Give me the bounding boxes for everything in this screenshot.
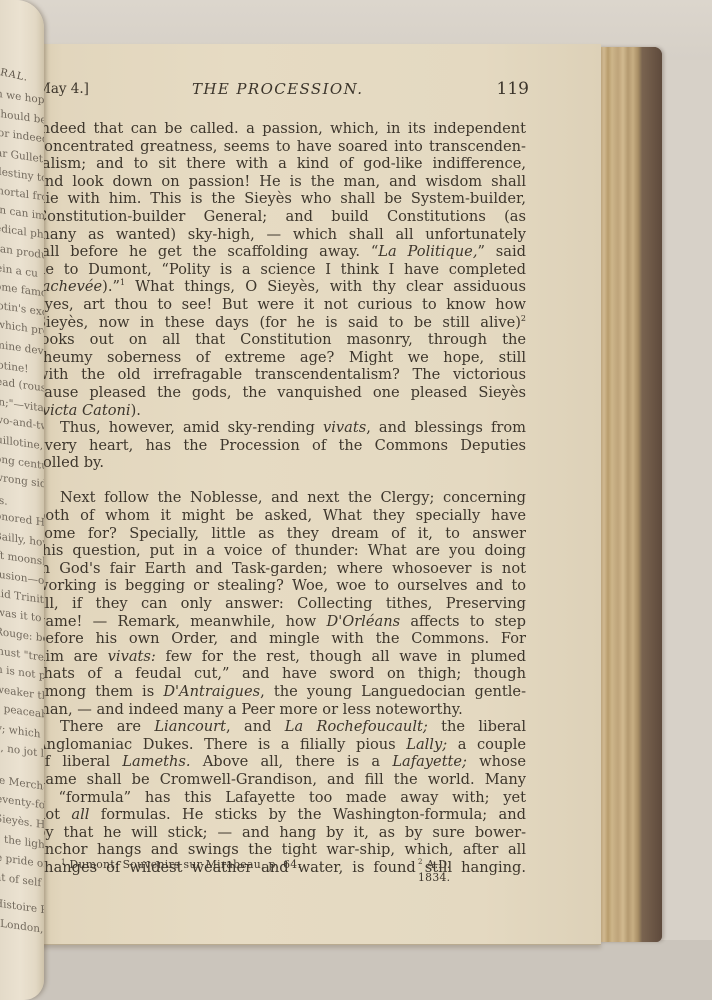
text-segment: a couple (447, 736, 526, 753)
previous-page-header-fragment: RAL. (0, 67, 29, 84)
text-segment: fall before he get the scaffolding away.… (36, 243, 378, 260)
previous-page-line-fragment: edical phe (0, 223, 44, 243)
text-segment: by that he will stick; — and hang by it,… (36, 824, 526, 841)
previous-page-line-fragment: in can im (0, 204, 44, 223)
text-segment: before his own Order, and mingle with th… (36, 630, 526, 647)
text-segment: What things, O Sieyès, with thy clear as… (125, 278, 526, 295)
previous-page-line-fragment: lotin's exc (0, 299, 44, 319)
previous-page-line-fragment: n is not peac (0, 663, 44, 685)
text-segment: talism; and to sit there with a kind of … (36, 155, 526, 172)
previous-page-line-fragment: lotine! (0, 358, 28, 375)
previous-page-line-fragment: onored His (0, 510, 44, 530)
footnote-text: A.D. 1834. (418, 858, 451, 884)
text-segment: cause pleased the gods, the vanquished o… (36, 384, 526, 401)
text-line: (victa Catoni). (36, 402, 526, 420)
previous-page-line-fragment: in;"—vita (0, 396, 44, 415)
text-line: concentrated greatness, seems to have so… (36, 138, 526, 156)
text-line: eyes, art thou to see! But were it not c… (36, 296, 526, 314)
text-segment: , the young Languedocian gentle- (260, 683, 526, 700)
text-line: by that he will stick; — and hang by it,… (36, 824, 526, 842)
text-segment: Constitution-builder General; and build … (36, 208, 526, 225)
text-segment: all, if they can only answer: Collecting… (36, 595, 526, 612)
text-segment: ” said (477, 243, 526, 260)
text-line: die with him. This is the Sieyès who sha… (36, 190, 526, 208)
text-segment: man, — and indeed many a Peer more or le… (36, 701, 463, 718)
text-segment: many as wanted) sky-high, — which shall … (36, 226, 526, 243)
previous-page-line-fragment: eventy-four (0, 793, 44, 814)
text-segment: Sieyès, now in these days (for he is sai… (36, 314, 521, 331)
text-line: among them is D'Antraigues, the young La… (36, 683, 526, 701)
paragraph-gap (36, 472, 526, 490)
previous-page-line-fragment: uillotine, se (0, 433, 44, 454)
text-line: with the old irrefragable transcendental… (36, 366, 526, 384)
italic-text: Lafayette; (392, 753, 467, 770)
book-fore-edge (598, 47, 662, 942)
footnote-reference: 2 (521, 314, 526, 323)
text-segment: with the old irrefragable transcendental… (36, 366, 526, 383)
previous-page-line-fragment: Rouge: best (0, 625, 44, 646)
previous-page-line-fragment: e pride of (0, 851, 44, 870)
header-date: May 4.] (37, 81, 89, 97)
text-segment: of liberal (36, 753, 122, 770)
previous-page-line-fragment: weaker th (0, 683, 44, 703)
text-segment: anchor hangs and swings the tight war-sh… (36, 841, 526, 858)
text-segment: come for? Specially, little as they drea… (36, 525, 526, 542)
text-segment: “hats of a feudal cut,” and have sword o… (36, 665, 526, 682)
text-segment: ). (131, 402, 141, 419)
italic-text: D'Orléans (327, 613, 401, 630)
text-line: Sieyès, now in these days (for he is sai… (36, 314, 526, 332)
text-segment: few for the rest, though all wave in plu… (156, 648, 526, 665)
text-segment: ).” (102, 278, 120, 295)
text-line: every heart, has the Procession of the C… (36, 437, 526, 455)
previous-page-line-fragment: should be (0, 108, 44, 127)
italic-text: D'Antraigues (163, 683, 260, 700)
previous-page-line-fragment: re Merchan (0, 774, 44, 795)
italic-text: Lameths. (122, 753, 190, 770)
text-line: Thus, however, amid sky-rending vivats, … (36, 419, 526, 437)
text-line: in God's fair Earth and Task-garden; whe… (36, 560, 526, 578)
previous-page-line-fragment: Histoire Parlem (0, 897, 44, 921)
italic-text: achevée (42, 278, 102, 295)
text-segment: working is begging or stealing? Woe, woe… (36, 577, 526, 594)
text-line: of liberal Lameths. Above all, there is … (36, 753, 526, 771)
page-number: 119 (497, 79, 529, 99)
text-segment: every heart, has the Procession of the C… (36, 437, 526, 454)
footnote-2: 2 A.D. 1834. (418, 858, 481, 884)
text-line: all, if they can only answer: Collecting… (36, 595, 526, 613)
previous-page-line-fragment: destiny to (0, 165, 44, 184)
text-segment: name shall be Cromwell-Grandison, and fi… (36, 771, 526, 788)
chapter-title: THE PROCESSION. (192, 80, 363, 98)
text-segment: looks out on all that Constitution mason… (36, 331, 526, 348)
previous-page-line-fragment: ein a cu (0, 262, 38, 280)
text-line: Constitution-builder General; and build … (36, 208, 526, 226)
text-line: talism; and to sit there with a kind of … (36, 155, 526, 173)
text-segment: and look down on passion! He is the man,… (36, 173, 526, 190)
text-line: and look down on passion! He is the man,… (36, 173, 526, 191)
text-segment: among them is (36, 683, 163, 700)
running-header: May 4.] THE PROCESSION. 119 (37, 80, 529, 102)
text-line: not all formulas. He sticks by the Washi… (36, 806, 526, 824)
text-line: looks out on all that Constitution mason… (36, 331, 526, 349)
previous-page-line-fragment: ft moonshi (0, 549, 44, 569)
text-line: come for? Specially, little as they drea… (36, 525, 526, 543)
text-segment: Thus, however, amid sky-rending (60, 419, 323, 436)
text-line: (achevée).”1 What things, O Sieyès, with… (36, 278, 526, 296)
text-segment: both of whom it might be asked, What the… (36, 507, 526, 524)
previous-page-line-fragment: (London, 183 (0, 917, 44, 939)
text-line: him are vivats: few for the rest, though… (36, 648, 526, 666)
text-line: cause pleased the gods, the vanquished o… (36, 384, 526, 402)
previous-page-line-fragment: wo-and-twen (0, 414, 44, 436)
text-line: game! — Remark, meanwhile, how D'Orléans… (36, 613, 526, 631)
text-segment: Anglomaniac Dukes. There is a filially p… (36, 736, 406, 753)
previous-page-line-fragment: mortal fro (0, 184, 44, 204)
text-segment: There are (60, 718, 154, 735)
italic-text: vivats (323, 419, 366, 436)
text-segment: Above all, there is a (191, 753, 393, 770)
text-segment: eyes, art thou to see! But were it not c… (36, 296, 526, 313)
previous-page-line-fragment: wrong side o (0, 471, 44, 493)
text-line: before his own Order, and mingle with th… (36, 630, 526, 648)
previous-page-line-fragment: ome famo (0, 280, 44, 299)
text-segment: game! — Remark, meanwhile, how (36, 613, 327, 630)
italic-text: La Politique, (378, 243, 477, 260)
text-segment: a “formula” has this Lafayette too made … (36, 789, 526, 806)
text-line: a “formula” has this Lafayette too made … (36, 789, 526, 807)
previous-page-line-fragment: was it to d (0, 606, 44, 626)
previous-page-line-fragment: ar Gullet (0, 146, 43, 165)
footnote-marker: 2 (418, 858, 423, 866)
text-segment: formulas. He sticks by the Washington-fo… (89, 806, 526, 823)
text-segment: this question, put in a voice of thunder… (36, 542, 526, 559)
text-line: Next follow the Noblesse, and next the C… (36, 489, 526, 507)
previous-page-line-fragment: hid Trinity (0, 587, 44, 607)
footnote-marker: 1 (61, 858, 66, 866)
previous-page-line-fragment: for indeed (0, 127, 44, 147)
previous-page-line-fragment: ong centur (0, 453, 44, 473)
text-segment: he to Dumont, “Polity is a science I thi… (36, 261, 526, 278)
text-segment: affects to step (400, 613, 526, 630)
previous-page-curl: RAL. n we hopedshould befor indeedar Gul… (0, 0, 44, 1000)
text-line: working is begging or stealing? Woe, woe… (36, 577, 526, 595)
text-segment: die with him. This is the Sieyès who sha… (36, 190, 526, 207)
footnote-text: Dumont: Souvenirs sur Mirabeau, p. 64. (70, 858, 302, 871)
previous-page-line-fragment: which pro (0, 319, 44, 338)
previous-page-line-fragment: ead (rous fo (0, 376, 44, 397)
text-line: many as wanted) sky-high, — which shall … (36, 226, 526, 244)
text-segment: him are (36, 648, 108, 665)
text-segment: Next follow the Noblesse, and next the C… (60, 489, 526, 506)
previous-page-line-fragment: must "trem (0, 645, 44, 665)
text-segment: whose (467, 753, 526, 770)
previous-page-line-fragment: s, no jot le (0, 741, 44, 761)
previous-page-line-fragment: fusion—of (0, 568, 44, 587)
previous-page-line-fragment: can produ (0, 242, 44, 262)
text-line: both of whom it might be asked, What the… (36, 507, 526, 525)
previous-page-line-fragment: 's. (0, 494, 8, 508)
italic-text: all (71, 806, 89, 823)
text-segment: concentrated greatness, seems to have so… (36, 138, 526, 155)
backdrop-bottom (0, 940, 712, 1000)
italic-text: vivats: (108, 648, 156, 665)
text-segment: the liberal (428, 718, 526, 735)
text-line: fall before he get the scaffolding away.… (36, 243, 526, 261)
text-segment: rheumy soberness of extreme age? Might w… (36, 349, 526, 366)
text-line: man, — and indeed many a Peer more or le… (36, 701, 526, 719)
italic-text: Liancourt (154, 718, 226, 735)
italic-text: victa Catoni (42, 402, 131, 419)
previous-page-line-fragment: l, the light (0, 832, 44, 852)
text-line: rheumy soberness of extreme age? Might w… (36, 349, 526, 367)
previous-page-line-fragment: mine dev (0, 338, 44, 357)
text-line: Anglomaniac Dukes. There is a filially p… (36, 736, 526, 754)
text-segment: , and blessings from (366, 419, 526, 436)
body-text: indeed that can be called. a passion, wh… (36, 120, 526, 877)
text-segment: rolled by. (36, 454, 104, 471)
text-line: There are Liancourt, and La Rochefoucaul… (36, 718, 526, 736)
previous-page-line-fragment: a peaceable (0, 702, 44, 723)
text-line: this question, put in a voice of thunder… (36, 542, 526, 560)
text-line: he to Dumont, “Polity is a science I thi… (36, 261, 526, 279)
text-line: rolled by. (36, 454, 526, 472)
previous-page-line-fragment: at of self (0, 871, 41, 889)
book-cover-edge (642, 47, 662, 942)
text-line: name shall be Cromwell-Grandison, and fi… (36, 771, 526, 789)
text-segment: indeed that can be called. a passion, wh… (36, 120, 526, 137)
italic-text: Lally; (406, 736, 447, 753)
previous-page-line-fragment: n we hoped (0, 88, 44, 109)
previous-page-line-fragment: y; which s (0, 722, 44, 741)
text-line: indeed that can be called. a passion, wh… (36, 120, 526, 138)
text-segment: , and (226, 718, 285, 735)
previous-page-line-fragment: Sieyès. Hi (0, 813, 44, 833)
text-line: “hats of a feudal cut,” and have sword o… (36, 665, 526, 683)
previous-page-line-fragment: Bailly, how (0, 530, 44, 550)
text-segment: in God's fair Earth and Task-garden; whe… (36, 560, 526, 577)
text-line: anchor hangs and swings the tight war-sh… (36, 841, 526, 859)
footnote-1: 1 Dumont: Souvenirs sur Mirabeau, p. 64. (61, 858, 301, 871)
italic-text: La Rochefoucault; (285, 718, 428, 735)
book-page: May 4.] THE PROCESSION. 119 indeed that … (33, 44, 601, 945)
